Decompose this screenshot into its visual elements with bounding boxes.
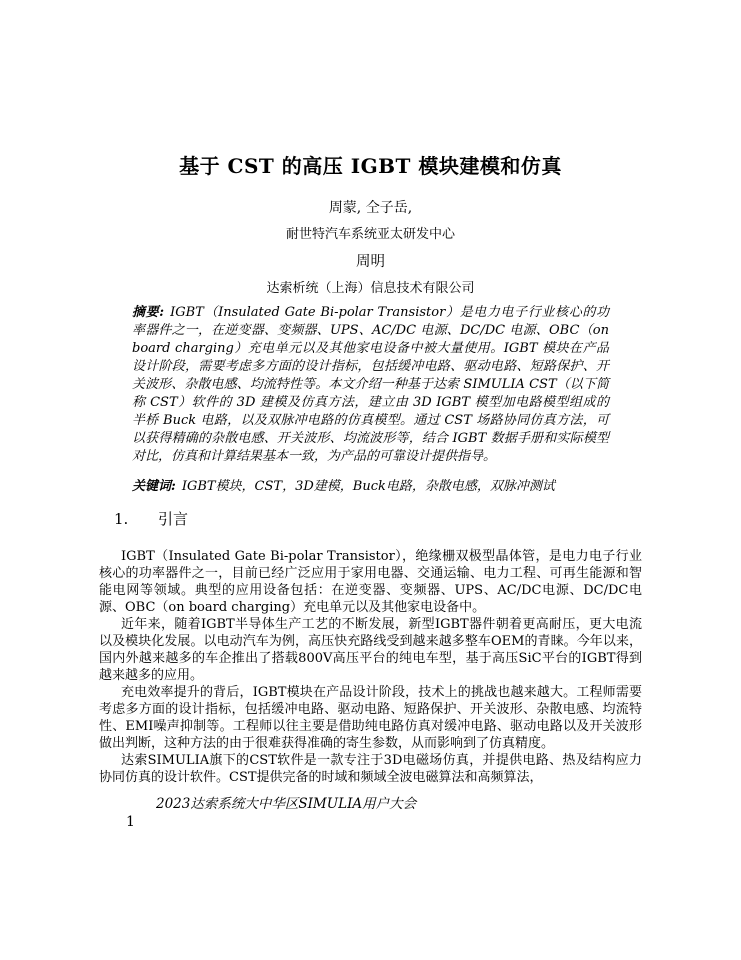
affiliation-2: 达索析统（上海）信息技术有限公司 (99, 280, 642, 298)
abstract-text: IGBT（Insulated Gate Bi-polar Transistor）… (132, 305, 609, 464)
section-1-heading: 1.引言 (99, 510, 642, 529)
paper-title: 基于 CST 的高压 IGBT 模块建模和仿真 (99, 0, 642, 180)
keywords-line: 关键词:IGBT模块，CST，3D建模，Buck电路，杂散电感，双脉冲测试 (132, 478, 609, 496)
conference-footer: 2023达索系统大中华区SIMULIA用户大会 (99, 795, 642, 813)
authors-line-2: 周明 (99, 253, 642, 271)
document-page: 基于 CST 的高压 IGBT 模块建模和仿真 周蒙, 仝子岳, 耐世特汽车系统… (0, 0, 741, 960)
keywords-label: 关键词: (132, 479, 176, 494)
intro-paragraph-1: IGBT（Insulated Gate Bi-polar Transistor）… (99, 548, 642, 616)
page-number: 1 (99, 813, 642, 831)
section-1-title: 引言 (158, 510, 188, 528)
section-1-number: 1. (114, 510, 158, 529)
intro-paragraph-2: 近年来，随着IGBT半导体生产工艺的不断发展，新型IGBT器件朝着更高耐压，更大… (99, 616, 642, 684)
page-body-column: 基于 CST 的高压 IGBT 模块建模和仿真 周蒙, 仝子岳, 耐世特汽车系统… (0, 0, 741, 831)
intro-paragraph-3: 充电效率提升的背后，IGBT模块在产品设计阶段，技术上的挑战也越来越大。工程师需… (99, 684, 642, 752)
abstract-label: 摘要: (132, 305, 164, 320)
keywords-text: IGBT模块，CST，3D建模，Buck电路，杂散电感，双脉冲测试 (182, 479, 555, 494)
affiliation-1: 耐世特汽车系统亚太研发中心 (99, 226, 642, 244)
authors-line-1: 周蒙, 仝子岳, (99, 199, 642, 217)
intro-paragraph-4: 达索SIMULIA旗下的CST软件是一款专注于3D电磁场仿真，并提供电路、热及结… (99, 752, 642, 786)
abstract-paragraph: 摘要:IGBT（Insulated Gate Bi-polar Transist… (132, 304, 609, 466)
